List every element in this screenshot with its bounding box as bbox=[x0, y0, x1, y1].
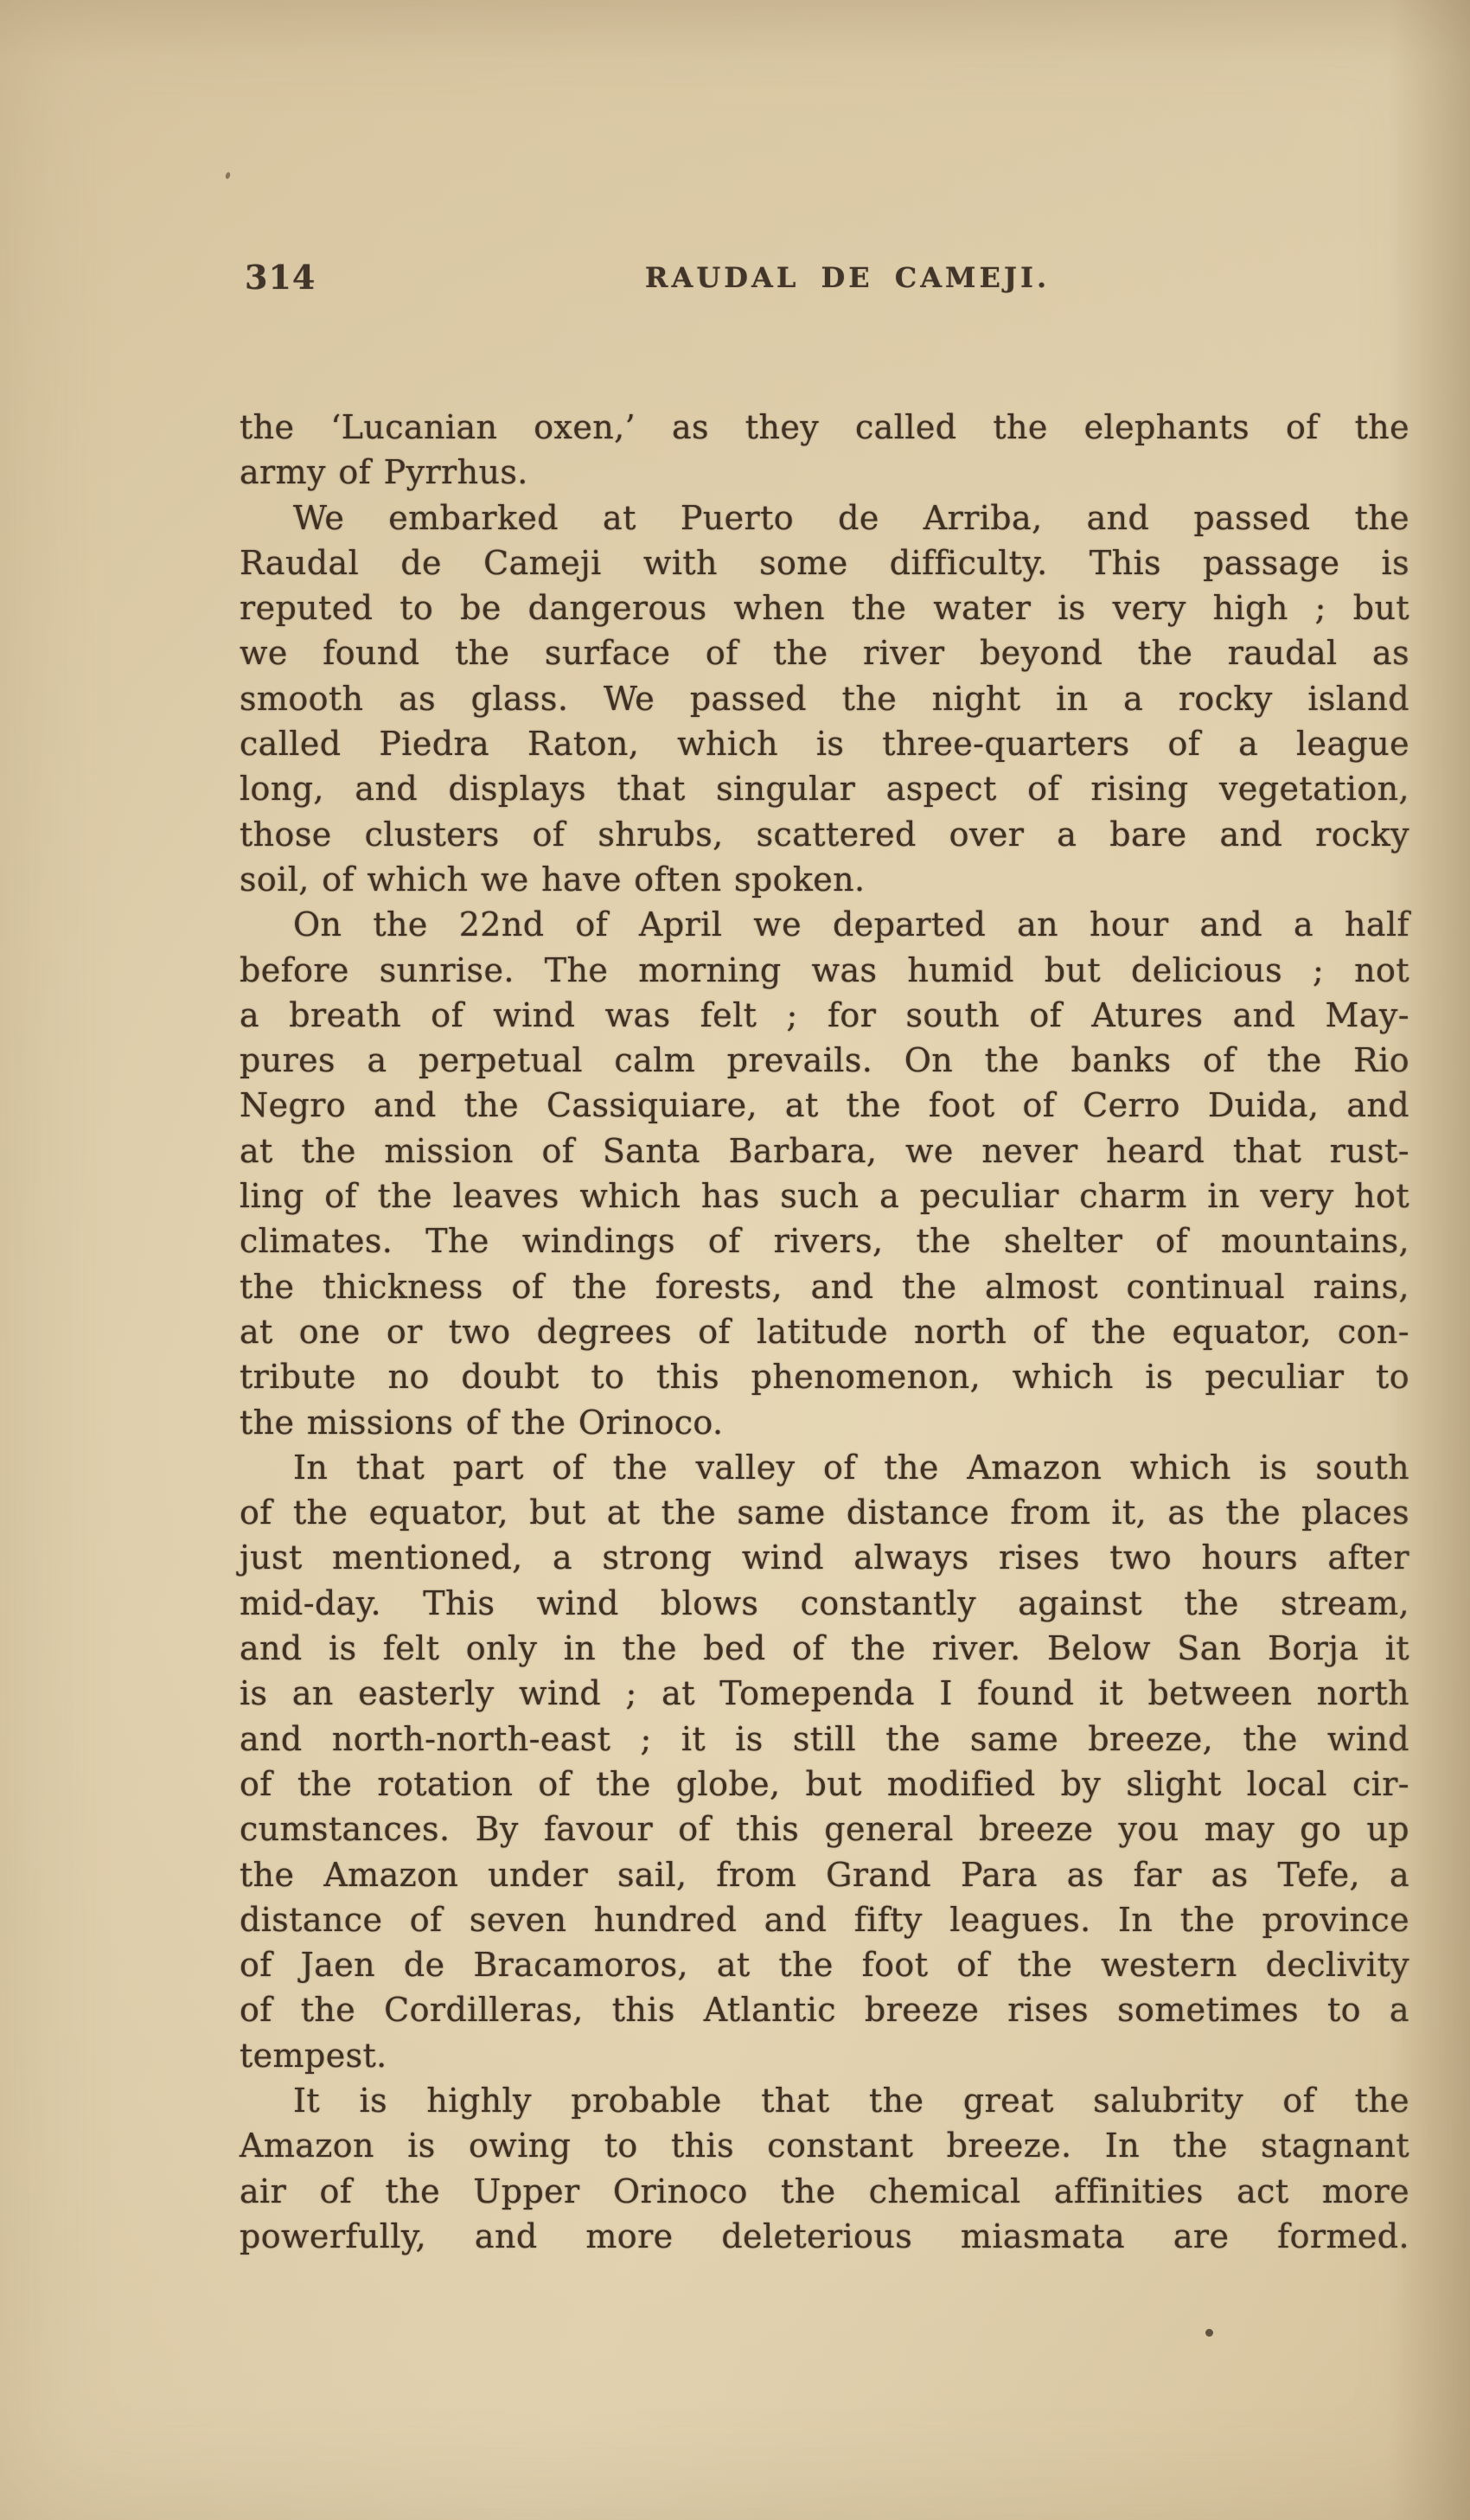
text-line: soil, of which we have often spoken. bbox=[240, 857, 1409, 902]
text-line: just mentioned, a strong wind always ris… bbox=[240, 1535, 1409, 1580]
book-page: 314 RAUDAL DE CAMEJI. the ‘Lucanian oxen… bbox=[0, 0, 1470, 2520]
text-line: powerfully, and more deleterious miasmat… bbox=[240, 2214, 1409, 2259]
paragraph: On the 22nd of April we departed an hour… bbox=[240, 902, 1409, 1445]
text-line: It is highly probable that the great sal… bbox=[240, 2078, 1409, 2123]
paragraph: It is highly probable that the great sal… bbox=[240, 2078, 1409, 2259]
text-line: at the mission of Santa Barbara, we neve… bbox=[240, 1129, 1409, 1174]
text-line: of Jaen de Bracamoros, at the foot of th… bbox=[240, 1942, 1409, 1987]
text-line: before sunrise. The morning was humid bu… bbox=[240, 948, 1409, 993]
paragraph: In that part of the valley of the Amazon… bbox=[240, 1445, 1409, 2078]
text-line: We embarked at Puerto de Arriba, and pas… bbox=[240, 496, 1409, 540]
text-line: Amazon is owing to this constant breeze.… bbox=[240, 2123, 1409, 2168]
text-line: air of the Upper Orinoco the chemical af… bbox=[240, 2169, 1409, 2214]
text-line: Raudal de Cameji with some difficulty. T… bbox=[240, 540, 1409, 585]
text-line: and north-north-east ; it is still the s… bbox=[240, 1717, 1409, 1762]
text-line: is an easterly wind ; at Tomependa I fou… bbox=[240, 1671, 1409, 1716]
text-line: army of Pyrrhus. bbox=[240, 450, 1409, 495]
text-line: cumstances. By favour of this general br… bbox=[240, 1807, 1409, 1852]
text-line: distance of seven hundred and fifty leag… bbox=[240, 1897, 1409, 1942]
text-line: On the 22nd of April we departed an hour… bbox=[240, 902, 1409, 947]
text-line: at one or two degrees of latitude north … bbox=[240, 1309, 1409, 1354]
text-line: the missions of the Orinoco. bbox=[240, 1400, 1409, 1445]
text-line: In that part of the valley of the Amazon… bbox=[240, 1445, 1409, 1490]
text-line: a breath of wind was felt ; for south of… bbox=[240, 993, 1409, 1038]
text-line: tempest. bbox=[240, 2033, 1409, 2078]
text-line: of the equator, but at the same distance… bbox=[240, 1490, 1409, 1535]
text-line: smooth as glass. We passed the night in … bbox=[240, 676, 1409, 721]
text-line: mid-day. This wind blows constantly agai… bbox=[240, 1581, 1409, 1626]
text-line: ling of the leaves which has such a pecu… bbox=[240, 1174, 1409, 1218]
text-block: the ‘Lucanian oxen,’ as they called the … bbox=[240, 405, 1409, 2259]
text-line: climates. The windings of rivers, the sh… bbox=[240, 1218, 1409, 1263]
text-line: and is felt only in the bed of the river… bbox=[240, 1626, 1409, 1671]
paragraph: the ‘Lucanian oxen,’ as they called the … bbox=[240, 405, 1409, 496]
page-header: 314 RAUDAL DE CAMEJI. bbox=[240, 258, 1408, 299]
text-line: pures a perpetual calm prevails. On the … bbox=[240, 1038, 1409, 1083]
text-line: of the Cordilleras, this Atlantic breeze… bbox=[240, 1987, 1409, 2032]
text-line: the thickness of the forests, and the al… bbox=[240, 1264, 1409, 1309]
text-line: called Piedra Raton, which is three-quar… bbox=[240, 721, 1409, 766]
running-head: RAUDAL DE CAMEJI. bbox=[240, 261, 1408, 294]
text-line: Negro and the Cassiquiare, at the foot o… bbox=[240, 1083, 1409, 1128]
ink-speck bbox=[225, 171, 231, 179]
text-line: long, and displays that singular aspect … bbox=[240, 766, 1409, 811]
ink-speck bbox=[1205, 2329, 1213, 2337]
text-line: tribute no doubt to this phenomenon, whi… bbox=[240, 1354, 1409, 1399]
text-line: of the rotation of the globe, but modifi… bbox=[240, 1762, 1409, 1807]
text-line: the ‘Lucanian oxen,’ as they called the … bbox=[240, 405, 1409, 450]
text-line: those clusters of shrubs, scattered over… bbox=[240, 812, 1409, 857]
text-line: the Amazon under sail, from Grand Para a… bbox=[240, 1852, 1409, 1897]
text-line: we found the surface of the river beyond… bbox=[240, 630, 1409, 675]
paragraph: We embarked at Puerto de Arriba, and pas… bbox=[240, 496, 1409, 903]
text-line: reputed to be dangerous when the water i… bbox=[240, 585, 1409, 630]
